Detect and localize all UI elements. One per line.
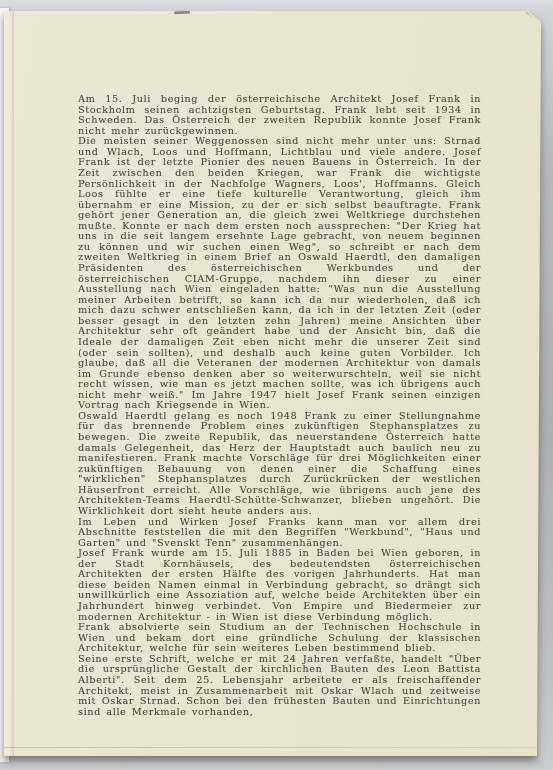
top-edge-notch <box>174 11 190 15</box>
paragraph-4: Im Leben und Wirken Josef Franks kann ma… <box>78 518 481 550</box>
paragraph-2: Die meisten seiner Weggenossen sind nich… <box>78 137 481 412</box>
paragraph-5: Josef Frank wurde am 15. Juli 1885 in Ba… <box>78 549 481 623</box>
paragraph-7: Seine erste Schrift, welche er mit 24 Ja… <box>78 655 481 718</box>
top-right-corner-fold <box>526 11 541 24</box>
page-text: Am 15. Juli beging der österreichische A… <box>78 95 481 718</box>
paper-surface: Am 15. Juli beging der österreichische A… <box>4 11 541 756</box>
binding-fold <box>4 11 14 756</box>
book-page: Am 15. Juli beging der österreichische A… <box>4 11 541 756</box>
bottom-crease <box>4 747 541 748</box>
paragraph-3: Oswald Haerdtl gelang es noch 1948 Frank… <box>78 412 481 518</box>
paragraph-1: Am 15. Juli beging der österreichische A… <box>78 95 481 137</box>
paragraph-6: Frank absolvierte sein Studium an der Te… <box>78 623 481 655</box>
